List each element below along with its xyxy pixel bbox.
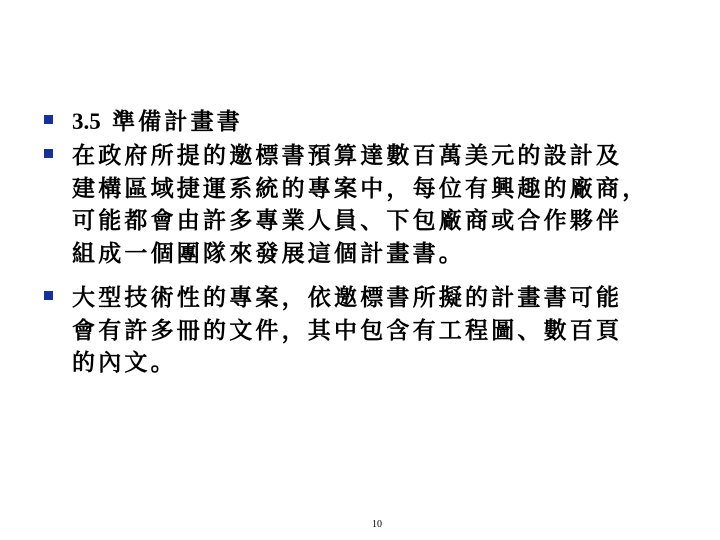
- page-number: 10: [372, 519, 382, 530]
- text-line: 會有許多冊的文件，其中包含有工程圖、數百頁: [72, 315, 684, 348]
- slide: 3.5 準備計畫書 在政府所提的邀標書預算達數百萬美元的設計及 建構區域捷運系統…: [0, 0, 720, 540]
- bullet-item-proposal-team: 在政府所提的邀標書預算達數百萬美元的設計及 建構區域捷運系統的專案中，每位有興趣…: [44, 140, 684, 270]
- text-line: 在政府所提的邀標書預算達數百萬美元的設計及: [72, 140, 684, 173]
- square-bullet-icon: [44, 115, 53, 124]
- square-bullet-icon: [44, 149, 53, 158]
- bullet-text: 大型技術性的專案，依邀標書所擬的計畫書可能 會有許多冊的文件，其中包含有工程圖、…: [72, 282, 684, 380]
- text-line: 大型技術性的專案，依邀標書所擬的計畫書可能: [72, 282, 684, 315]
- section-number: 3.5: [72, 109, 101, 134]
- text-line: 可能都會由許多專業人員、下包廠商或合作夥伴: [72, 205, 684, 238]
- square-bullet-icon: [44, 291, 53, 300]
- bullet-item-title: 3.5 準備計畫書: [44, 106, 684, 139]
- text-line: 組成一個團隊來發展這個計畫書。: [72, 238, 684, 271]
- section-title: 準備計畫書: [112, 108, 243, 135]
- bullet-item-large-projects: 大型技術性的專案，依邀標書所擬的計畫書可能 會有許多冊的文件，其中包含有工程圖、…: [44, 282, 684, 380]
- bullet-text: 3.5 準備計畫書: [72, 106, 684, 139]
- text-line: 建構區域捷運系統的專案中，每位有興趣的廠商，: [72, 173, 684, 206]
- bullet-text: 在政府所提的邀標書預算達數百萬美元的設計及 建構區域捷運系統的專案中，每位有興趣…: [72, 140, 684, 270]
- text-line: 的內文。: [72, 347, 684, 380]
